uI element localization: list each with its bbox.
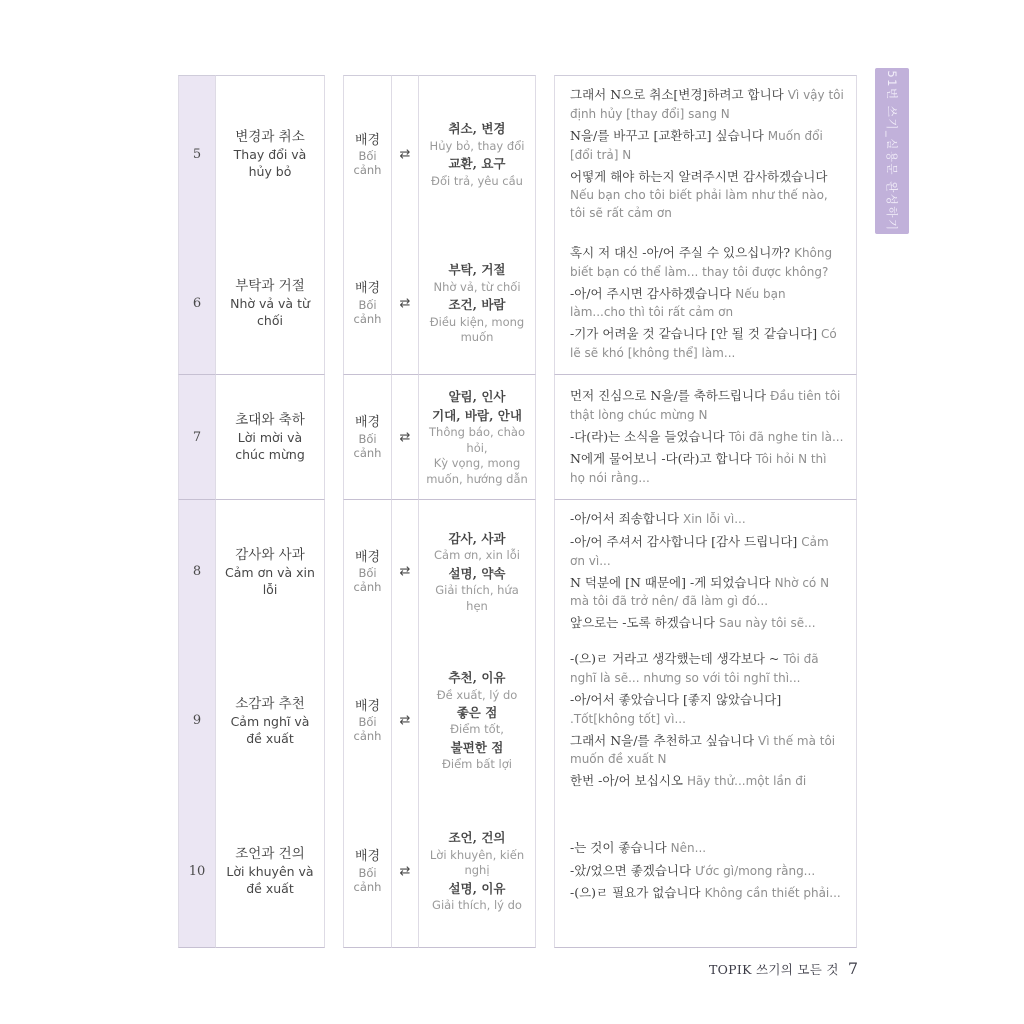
topic-cell: 부탁과 거절Nhờ vả và từ chối bbox=[216, 232, 325, 375]
page-footer: TOPIK 쓰기의 모든 것 7 bbox=[709, 959, 858, 978]
keyword-line: 취소, 변경 bbox=[448, 119, 505, 138]
pattern-vietnamese: Ước gì/mong rằng... bbox=[695, 864, 815, 878]
pattern-line: -아/어 주시면 감사하겠습니다 Nếu bạn làm...cho thì t… bbox=[570, 285, 844, 322]
keyword-line: Điểm bất lợi bbox=[442, 757, 512, 773]
pattern-line: -다(라)는 소식을 들었습니다 Tôi đã nghe tin là... bbox=[570, 428, 844, 447]
keyword-line: 기대, 바람, 안내 bbox=[432, 406, 522, 425]
topic-vietnamese: Cảm ơn và xin lỗi bbox=[222, 565, 318, 599]
context-korean: 배경 bbox=[355, 131, 380, 151]
arrow-cell: ⇄ bbox=[392, 75, 419, 233]
pattern-line: -았/었으면 좋겠습니다 Ước gì/mong rằng... bbox=[570, 862, 844, 881]
pattern-vietnamese: Tôi đã nghe tin là... bbox=[729, 430, 844, 444]
topic-cell: 변경과 취소Thay đổi và hủy bỏ bbox=[216, 75, 325, 233]
patterns-cell: 혹시 저 대신 -아/어 주실 수 있으십니까? Không biết bạn … bbox=[554, 232, 857, 375]
column-gap bbox=[325, 375, 343, 500]
pattern-line: 혹시 저 대신 -아/어 주실 수 있으십니까? Không biết bạn … bbox=[570, 244, 844, 281]
keywords-cell: 조언, 건의Lời khuyên, kiến nghị설명, 이유Giải th… bbox=[419, 795, 536, 948]
context-korean: 배경 bbox=[355, 548, 380, 568]
pattern-vietnamese: Xin lỗi vì... bbox=[683, 512, 746, 526]
exchange-arrows-icon: ⇄ bbox=[400, 713, 411, 728]
pattern-line: -아/어 주셔서 감사합니다 [감사 드립니다] Cảm ơn vì... bbox=[570, 533, 844, 570]
patterns-cell: -는 것이 좋습니다 Nên...-았/었으면 좋겠습니다 Ước gì/mon… bbox=[554, 795, 857, 948]
pattern-line: 먼저 진심으로 N을/를 축하드립니다 Đầu tiên tôi thật lò… bbox=[570, 387, 844, 424]
column-gap bbox=[325, 640, 343, 802]
topic-korean: 변경과 취소 bbox=[235, 127, 305, 147]
keyword-line: Nhờ vả, từ chối bbox=[433, 280, 520, 296]
context-cell: 배경Bối cảnh bbox=[343, 375, 392, 500]
pattern-line: -기가 어려울 것 같습니다 [안 될 것 같습니다] Có lẽ sẽ khó… bbox=[570, 325, 844, 362]
pattern-korean: -아/어서 좋았습니다 [좋지 않았습니다] bbox=[570, 692, 781, 707]
pattern-korean: 그래서 N을/를 추천하고 싶습니다 bbox=[570, 733, 758, 748]
keyword-line: Đổi trả, yêu cầu bbox=[431, 174, 523, 190]
context-korean: 배경 bbox=[355, 697, 380, 717]
topic-vietnamese: Lời mời và chúc mừng bbox=[222, 430, 318, 464]
context-vietnamese: Bối cảnh bbox=[344, 567, 391, 595]
keyword-line: Điểm tốt, bbox=[450, 722, 504, 738]
column-gap bbox=[536, 75, 554, 233]
keywords-cell: 부탁, 거절Nhờ vả, từ chối조건, 바람Điều kiện, mo… bbox=[419, 232, 536, 375]
arrow-cell: ⇄ bbox=[392, 640, 419, 802]
patterns-cell: 먼저 진심으로 N을/를 축하드립니다 Đầu tiên tôi thật lò… bbox=[554, 375, 857, 500]
pattern-line: N 덕분에 [N 때문에] -게 되었습니다 Nhờ có N mà tôi đ… bbox=[570, 574, 844, 611]
book-page: 51번 쓰기_실용문 완성하기 5변경과 취소Thay đổi và hủy b… bbox=[0, 0, 1024, 1024]
footer-book-title: TOPIK 쓰기의 모든 것 bbox=[709, 960, 839, 978]
pattern-korean: 어떻게 해야 하는지 알려주시면 감사하겠습니다 bbox=[570, 169, 827, 184]
keyword-line: Điều kiện, mong muốn bbox=[424, 315, 530, 346]
column-gap bbox=[536, 500, 554, 644]
pattern-line: N에게 물어보니 -다(라)고 합니다 Tôi hỏi N thì họ nói… bbox=[570, 450, 844, 487]
pattern-line: -(으)ㄹ 거라고 생각했는데 생각보다 ~ Tôi đã nghĩ là sẽ… bbox=[570, 650, 844, 687]
context-korean: 배경 bbox=[355, 413, 380, 433]
exchange-arrows-icon: ⇄ bbox=[400, 864, 411, 879]
keyword-line: Lời khuyên, kiến nghị bbox=[424, 848, 530, 879]
keyword-line: Cảm ơn, xin lỗi bbox=[434, 548, 520, 564]
keywords-cell: 추천, 이유Đề xuất, lý do좋은 점Điểm tốt,불편한 점Đi… bbox=[419, 640, 536, 802]
keyword-line: Giải thích, lý do bbox=[432, 898, 522, 914]
pattern-korean: -았/었으면 좋겠습니다 bbox=[570, 863, 695, 878]
topic-vietnamese: Nhờ vả và từ chối bbox=[222, 296, 318, 330]
row-number-cell: 10 bbox=[178, 795, 216, 948]
patterns-cell: -아/어서 죄송합니다 Xin lỗi vì...-아/어 주셔서 감사합니다 … bbox=[554, 500, 857, 644]
keyword-line: Hủy bỏ, thay đổi bbox=[430, 139, 525, 155]
context-korean: 배경 bbox=[355, 279, 380, 299]
pattern-korean: 한번 -아/어 보십시오 bbox=[570, 773, 687, 788]
context-vietnamese: Bối cảnh bbox=[344, 716, 391, 744]
context-cell: 배경Bối cảnh bbox=[343, 500, 392, 644]
context-cell: 배경Bối cảnh bbox=[343, 640, 392, 802]
keyword-line: 알림, 인사 bbox=[448, 387, 505, 406]
pattern-vietnamese: Hãy thử...một lần đi bbox=[687, 774, 806, 788]
exchange-arrows-icon: ⇄ bbox=[400, 430, 411, 445]
row-number-cell: 7 bbox=[178, 375, 216, 500]
context-vietnamese: Bối cảnh bbox=[344, 867, 391, 895]
row-number-cell: 8 bbox=[178, 500, 216, 644]
keyword-line: 감사, 사과 bbox=[448, 529, 505, 548]
pattern-korean: -는 것이 좋습니다 bbox=[570, 840, 671, 855]
keyword-line: Kỳ vọng, mong muốn, hướng dẫn bbox=[424, 456, 530, 487]
page-number: 7 bbox=[848, 959, 858, 978]
topic-cell: 소감과 추천Cảm nghĩ và đề xuất bbox=[216, 640, 325, 802]
keyword-line: 조언, 건의 bbox=[448, 828, 505, 847]
pattern-korean: N 덕분에 [N 때문에] -게 되었습니다 bbox=[570, 575, 775, 590]
arrow-cell: ⇄ bbox=[392, 500, 419, 644]
column-gap bbox=[536, 375, 554, 500]
keywords-cell: 알림, 인사기대, 바람, 안내Thông báo, chào hỏi,Kỳ v… bbox=[419, 375, 536, 500]
pattern-vietnamese: Không cần thiết phải... bbox=[705, 886, 841, 900]
pattern-korean: N을/를 바꾸고 [교환하고] 싶습니다 bbox=[570, 128, 768, 143]
row-number-cell: 5 bbox=[178, 75, 216, 233]
keywords-cell: 취소, 변경Hủy bỏ, thay đổi교환, 요구Đổi trả, yêu… bbox=[419, 75, 536, 233]
table-row: 7초대와 축하Lời mời và chúc mừng배경Bối cảnh⇄알림… bbox=[178, 375, 857, 500]
column-gap bbox=[325, 795, 343, 948]
pattern-korean: 그래서 N으로 취소[변경]하려고 합니다 bbox=[570, 87, 788, 102]
context-cell: 배경Bối cảnh bbox=[343, 75, 392, 233]
topic-vietnamese: Cảm nghĩ và đề xuất bbox=[222, 714, 318, 748]
context-vietnamese: Bối cảnh bbox=[344, 299, 391, 327]
keyword-line: 불편한 점 bbox=[451, 738, 504, 757]
pattern-korean: -기가 어려울 것 같습니다 [안 될 것 같습니다] bbox=[570, 326, 821, 341]
row-number-cell: 9 bbox=[178, 640, 216, 802]
pattern-line: 그래서 N으로 취소[변경]하려고 합니다 Vì vậy tôi định hủ… bbox=[570, 86, 844, 123]
column-gap bbox=[325, 232, 343, 375]
topic-korean: 초대와 축하 bbox=[235, 410, 305, 430]
pattern-line: N을/를 바꾸고 [교환하고] 싶습니다 Muốn đổi [đổi trả] … bbox=[570, 127, 844, 164]
context-vietnamese: Bối cảnh bbox=[344, 433, 391, 461]
patterns-cell: 그래서 N으로 취소[변경]하려고 합니다 Vì vậy tôi định hủ… bbox=[554, 75, 857, 233]
topic-cell: 조언과 건의Lời khuyên và đề xuất bbox=[216, 795, 325, 948]
exchange-arrows-icon: ⇄ bbox=[400, 296, 411, 311]
keyword-line: 조건, 바람 bbox=[448, 295, 505, 314]
keyword-line: Giải thích, hứa hẹn bbox=[424, 583, 530, 614]
topic-korean: 소감과 추천 bbox=[235, 694, 305, 714]
pattern-korean: -(으)ㄹ 필요가 없습니다 bbox=[570, 885, 705, 900]
arrow-cell: ⇄ bbox=[392, 232, 419, 375]
keyword-line: 설명, 이유 bbox=[448, 879, 505, 898]
pattern-korean: -아/어 주시면 감사하겠습니다 bbox=[570, 286, 735, 301]
keyword-line: 부탁, 거절 bbox=[448, 260, 505, 279]
pattern-line: -아/어서 죄송합니다 Xin lỗi vì... bbox=[570, 510, 844, 529]
table-row: 6부탁과 거절Nhờ vả và từ chối배경Bối cảnh⇄부탁, 거… bbox=[178, 232, 857, 375]
keywords-cell: 감사, 사과Cảm ơn, xin lỗi설명, 약속Giải thích, h… bbox=[419, 500, 536, 644]
keyword-line: 좋은 점 bbox=[457, 703, 498, 722]
keyword-line: 추천, 이유 bbox=[448, 668, 505, 687]
pattern-korean: N에게 물어보니 -다(라)고 합니다 bbox=[570, 451, 756, 466]
column-gap bbox=[325, 500, 343, 644]
pattern-korean: -(으)ㄹ 거라고 생각했는데 생각보다 ~ bbox=[570, 651, 783, 666]
table-row: 5변경과 취소Thay đổi và hủy bỏ배경Bối cảnh⇄취소, … bbox=[178, 75, 857, 232]
pattern-line: 앞으로는 -도록 하겠습니다 Sau này tôi sẽ... bbox=[570, 614, 844, 633]
context-korean: 배경 bbox=[355, 847, 380, 867]
table-row: 9소감과 추천Cảm nghĩ và đề xuất배경Bối cảnh⇄추천,… bbox=[178, 640, 857, 795]
pattern-line: 한번 -아/어 보십시오 Hãy thử...một lần đi bbox=[570, 772, 844, 791]
keyword-line: Thông báo, chào hỏi, bbox=[424, 425, 530, 456]
column-gap bbox=[536, 795, 554, 948]
pattern-vietnamese: Nếu bạn cho tôi biết phải làm như thế nà… bbox=[570, 188, 828, 220]
keyword-line: 설명, 약속 bbox=[448, 564, 505, 583]
keyword-line: Đề xuất, lý do bbox=[437, 688, 518, 704]
context-cell: 배경Bối cảnh bbox=[343, 232, 392, 375]
pattern-vietnamese: Sau này tôi sẽ... bbox=[719, 616, 816, 630]
pattern-korean: -아/어 주셔서 감사합니다 [감사 드립니다] bbox=[570, 534, 801, 549]
pattern-line: -아/어서 좋았습니다 [좋지 않았습니다] .Tốt[không tốt] v… bbox=[570, 691, 844, 728]
pattern-line: 어떻게 해야 하는지 알려주시면 감사하겠습니다 Nếu bạn cho tôi… bbox=[570, 168, 844, 223]
topic-korean: 감사와 사과 bbox=[235, 545, 305, 565]
table-row: 10조언과 건의Lời khuyên và đề xuất배경Bối cảnh⇄… bbox=[178, 795, 857, 948]
keyword-line: 교환, 요구 bbox=[448, 154, 505, 173]
pattern-korean: -아/어서 죄송합니다 bbox=[570, 511, 683, 526]
pattern-vietnamese: .Tốt[không tốt] vì... bbox=[570, 712, 686, 726]
table-row: 8감사와 사과Cảm ơn và xin lỗi배경Bối cảnh⇄감사, 사… bbox=[178, 500, 857, 640]
row-number-cell: 6 bbox=[178, 232, 216, 375]
topic-vietnamese: Lời khuyên và đề xuất bbox=[222, 864, 318, 898]
topic-korean: 부탁과 거절 bbox=[235, 276, 305, 296]
topic-cell: 감사와 사과Cảm ơn và xin lỗi bbox=[216, 500, 325, 644]
pattern-korean: 앞으로는 -도록 하겠습니다 bbox=[570, 615, 719, 630]
pattern-vietnamese: Nên... bbox=[671, 841, 706, 855]
context-cell: 배경Bối cảnh bbox=[343, 795, 392, 948]
topic-korean: 조언과 건의 bbox=[235, 844, 305, 864]
topic-cell: 초대와 축하Lời mời và chúc mừng bbox=[216, 375, 325, 500]
column-gap bbox=[536, 232, 554, 375]
arrow-cell: ⇄ bbox=[392, 375, 419, 500]
topic-vietnamese: Thay đổi và hủy bỏ bbox=[222, 147, 318, 181]
exchange-arrows-icon: ⇄ bbox=[400, 147, 411, 162]
chapter-side-tab: 51번 쓰기_실용문 완성하기 bbox=[875, 68, 909, 234]
pattern-line: -는 것이 좋습니다 Nên... bbox=[570, 839, 844, 858]
chapter-side-tab-label: 51번 쓰기_실용문 완성하기 bbox=[884, 70, 900, 231]
exchange-arrows-icon: ⇄ bbox=[400, 564, 411, 579]
patterns-cell: -(으)ㄹ 거라고 생각했는데 생각보다 ~ Tôi đã nghĩ là sẽ… bbox=[554, 640, 857, 802]
column-gap bbox=[325, 75, 343, 233]
arrow-cell: ⇄ bbox=[392, 795, 419, 948]
pattern-korean: 먼저 진심으로 N을/를 축하드립니다 bbox=[570, 388, 770, 403]
topic-table: 5변경과 취소Thay đổi và hủy bỏ배경Bối cảnh⇄취소, … bbox=[178, 75, 857, 948]
pattern-korean: 혹시 저 대신 -아/어 주실 수 있으십니까? bbox=[570, 245, 794, 260]
pattern-line: 그래서 N을/를 추천하고 싶습니다 Vì thế mà tôi muốn đề… bbox=[570, 732, 844, 769]
context-vietnamese: Bối cảnh bbox=[344, 150, 391, 178]
column-gap bbox=[536, 640, 554, 802]
pattern-korean: -다(라)는 소식을 들었습니다 bbox=[570, 429, 729, 444]
pattern-line: -(으)ㄹ 필요가 없습니다 Không cần thiết phải... bbox=[570, 884, 844, 903]
